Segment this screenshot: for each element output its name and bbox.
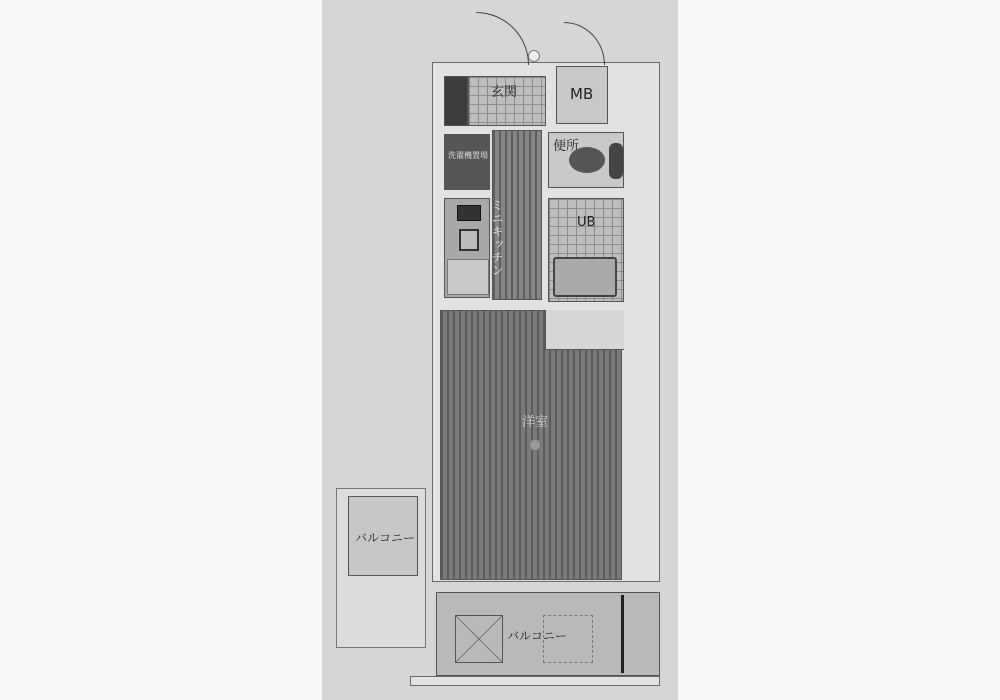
room-entrance: 玄関	[468, 76, 546, 126]
room-unit-bath: UB	[548, 198, 624, 302]
room-label-ub: UB	[577, 215, 595, 230]
room-mini-kitchen: ミニキッチン	[492, 130, 542, 300]
toilet-tank	[609, 143, 623, 179]
room-label-mb: MB	[570, 85, 593, 103]
sink-icon	[459, 229, 479, 251]
outdoor-unit-area	[543, 615, 593, 663]
evacuation-hatch-icon	[455, 615, 503, 663]
room-meter-box: MB	[556, 66, 608, 124]
toilet-icon	[569, 147, 605, 173]
balcony-bottom-ledge	[410, 676, 660, 686]
doorbell-icon	[528, 50, 540, 62]
room-toilet: 便所	[548, 132, 624, 188]
fridge-space	[447, 259, 489, 295]
room-balcony-side: バルコニー	[348, 496, 418, 576]
room-label-balcony-side: バルコニー	[355, 529, 415, 546]
room-washing-machine-area: 洗濯機置場	[444, 134, 490, 190]
kitchen-counter	[444, 198, 490, 298]
room-label-washing-machine: 洗濯機置場	[448, 151, 488, 161]
room-balcony-bottom: バルコニー	[436, 592, 660, 676]
entrance-door-swing	[476, 12, 529, 65]
drain-pipe	[621, 595, 624, 673]
shoe-cabinet	[444, 76, 468, 126]
room-western: 洋室	[440, 310, 622, 580]
room-label-entrance: 玄関	[491, 81, 517, 100]
room-label-western: 洋室	[522, 411, 548, 430]
storage-notch	[545, 310, 624, 350]
mb-door-swing	[564, 22, 605, 65]
bathtub-icon	[553, 257, 617, 297]
room-label-mini-kitchen: ミニキッチン	[489, 199, 506, 277]
floorplan-sheet: 玄関 MB 洗濯機置場 ミニキッチン 便所 UB 収納 洋室 バルコニ	[322, 0, 678, 700]
ceiling-light-icon	[529, 439, 541, 451]
stove-icon	[457, 205, 481, 221]
